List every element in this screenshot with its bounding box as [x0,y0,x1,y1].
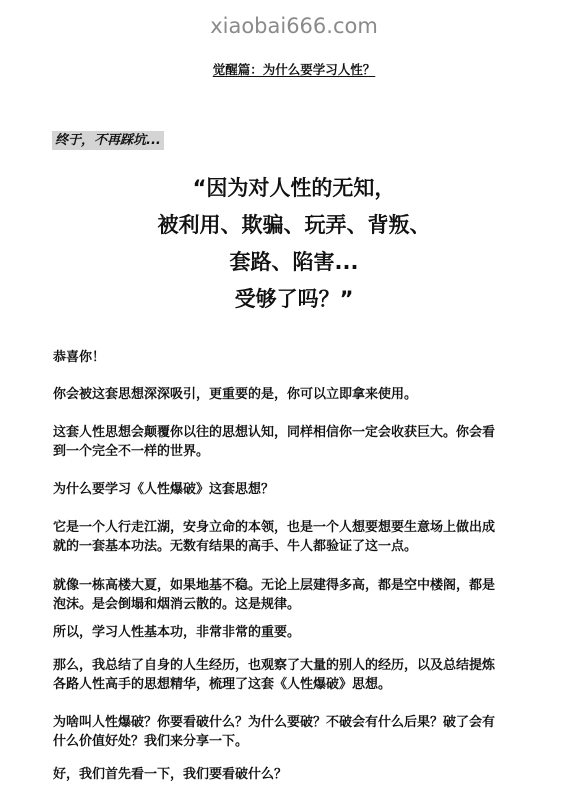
paragraph-line: 所以，学习人性基本功，非常非常的重要。 [53,623,573,642]
paragraph: 就像一栋高楼大夏，如果地基不稳。无论上层建得多高，都是空中楼阁，都是 泡沫。是会… [53,576,573,614]
paragraph: 所以，学习人性基本功，非常非常的重要。 [53,623,573,642]
quote-line: “因为对人性的无知， [0,170,588,207]
paragraph-line: 好，我们首先看一下，我们要看破什么？ [53,765,573,784]
quote-line: 被利用、欺骗、玩弄、背叛、 [0,207,588,244]
paragraph-line: 为什么要学习《人性爆破》这套思想？ [53,480,573,499]
document-title-text: 觉醒篇：为什么要学习人性？ [213,62,376,77]
paragraph: 为啥叫人性爆破？你要看破什么？为什么要破？不破会有什么后果？破了会有 什么价值好… [53,713,573,751]
paragraph-line: 这套人性思想会颠覆你以往的思想认知，同样相信你一定会收获巨大。你会看 [53,423,573,442]
paragraph: 恭喜你！ [53,348,573,367]
paragraph: 好，我们首先看一下，我们要看破什么？ [53,765,573,784]
quote-line: 套路、陷害... [0,244,588,281]
highlighted-subtitle: 终于，不再踩坑... [52,131,164,150]
watermark: xiaobai666.com [0,14,588,38]
paragraph-line: 你会被这套思想深深吸引，更重要的是，你可以立即拿来使用。 [53,385,573,404]
paragraph: 这套人性思想会颠覆你以往的思想认知，同样相信你一定会收获巨大。你会看 到一个完全… [53,423,573,461]
quote-line: 受够了吗？” [0,281,588,318]
paragraph-line: 各路人性高手的思想精华，梳理了这套《人性爆破》思想。 [53,675,573,694]
paragraph-line: 就像一栋高楼大夏，如果地基不稳。无论上层建得多高，都是空中楼阁，都是 [53,576,573,595]
paragraph: 那么，我总结了自身的人生经历，也观察了大量的别人的经历，以及总结提炼 各路人性高… [53,656,573,694]
paragraph-line: 泡沫。是会倒塌和烟消云散的。这是规律。 [53,595,573,614]
paragraph-line: 就的一套基本功法。无数有结果的高手、牛人都验证了这一点。 [53,537,573,556]
paragraph: 你会被这套思想深深吸引，更重要的是，你可以立即拿来使用。 [53,385,573,404]
paragraph-line: 什么价值好处？我们来分享一下。 [53,732,573,751]
paragraph-line: 它是一个人行走江湖，安身立命的本领，也是一个人想要想要生意场上做出成 [53,518,573,537]
pull-quote: “因为对人性的无知， 被利用、欺骗、玩弄、背叛、 套路、陷害... 受够了吗？” [0,170,588,318]
paragraph-line: 那么，我总结了自身的人生经历，也观察了大量的别人的经历，以及总结提炼 [53,656,573,675]
document-title: 觉醒篇：为什么要学习人性？ [0,60,588,78]
paragraph-line: 到一个完全不一样的世界。 [53,442,573,461]
paragraph: 为什么要学习《人性爆破》这套思想？ [53,480,573,499]
paragraph-line: 为啥叫人性爆破？你要看破什么？为什么要破？不破会有什么后果？破了会有 [53,713,573,732]
paragraph: 它是一个人行走江湖，安身立命的本领，也是一个人想要想要生意场上做出成 就的一套基… [53,518,573,556]
paragraph-line: 恭喜你！ [53,348,573,367]
